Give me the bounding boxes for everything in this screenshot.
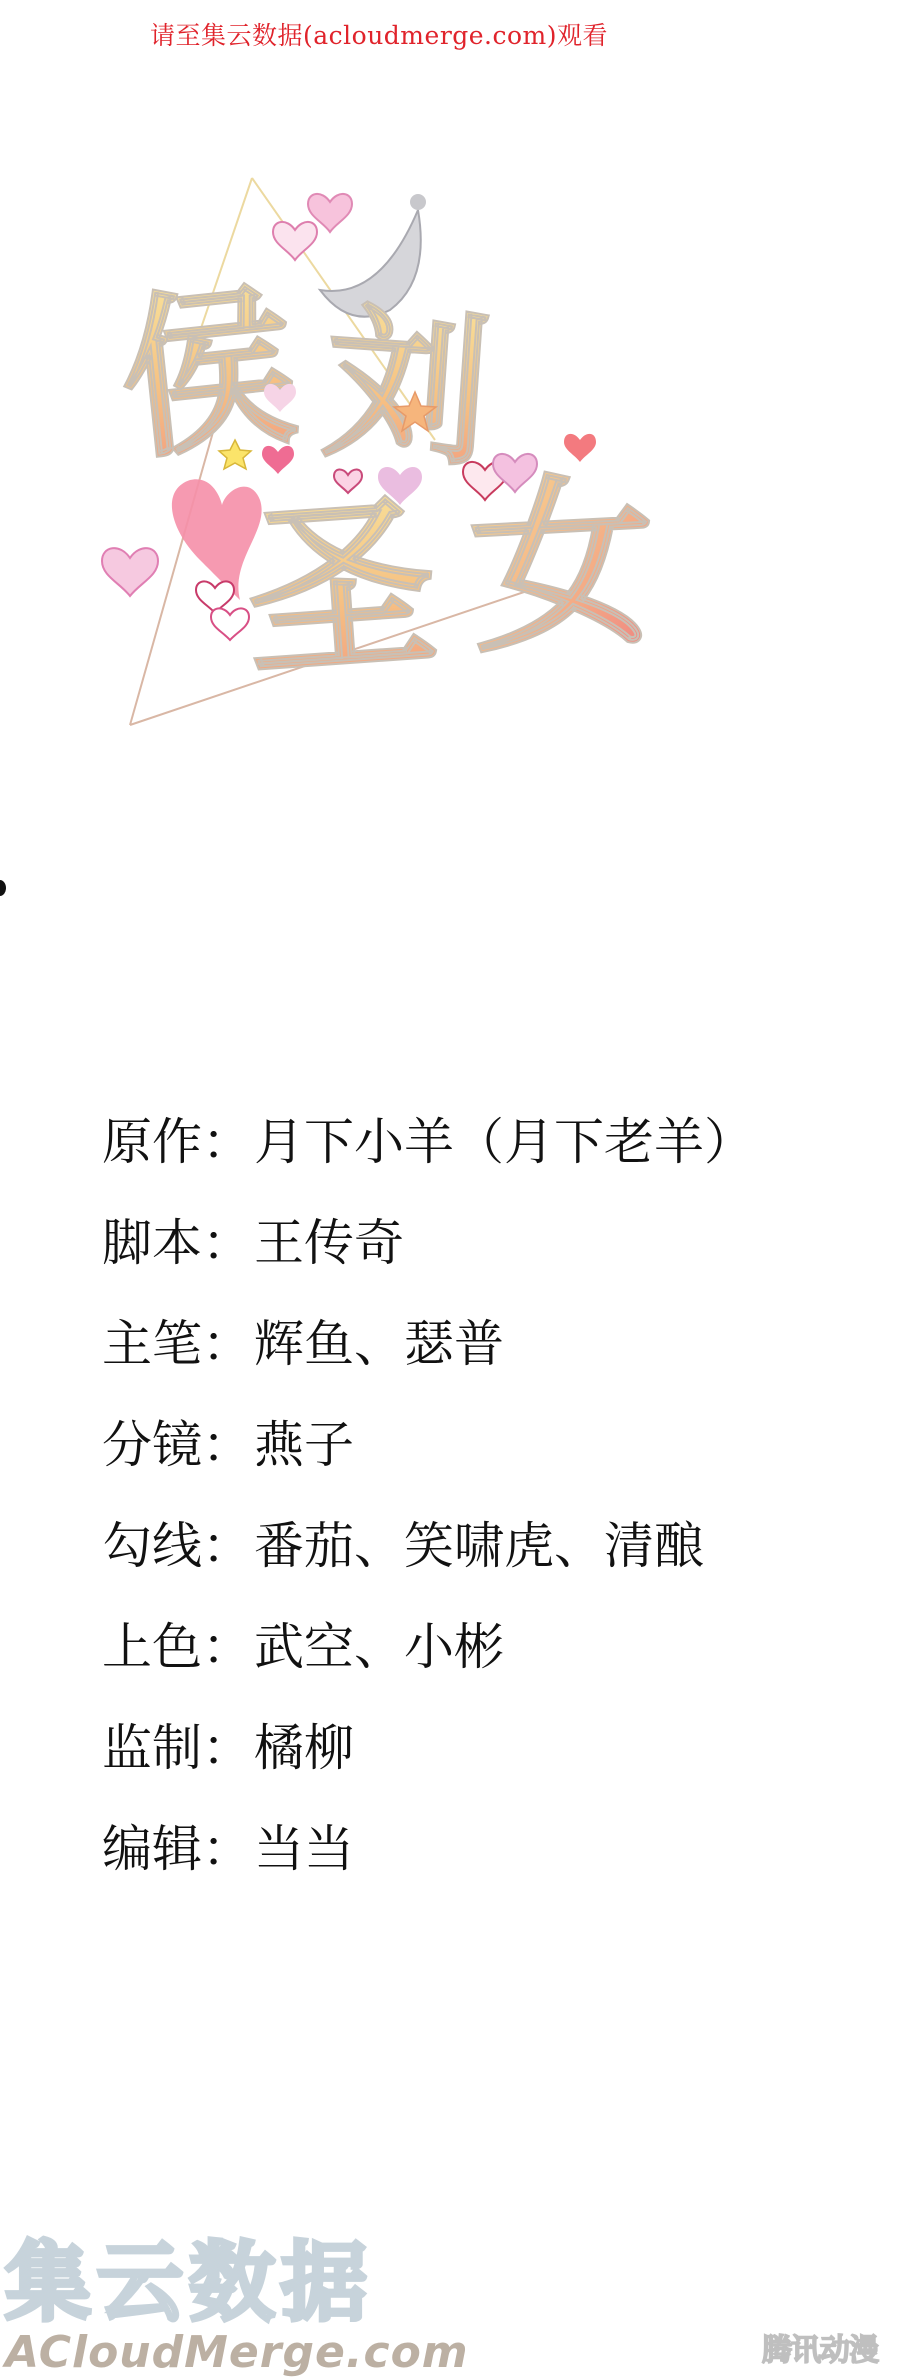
credit-separator: ： bbox=[202, 1516, 254, 1576]
credit-label: 原作 bbox=[102, 1112, 202, 1172]
credit-label: 编辑 bbox=[102, 1819, 202, 1879]
credit-value: 月下小羊（月下老羊） bbox=[254, 1112, 754, 1172]
publisher-watermark: 腾讯动漫 bbox=[756, 2325, 884, 2369]
credit-row-lineart: 勾线：番茄、笑啸虎、清酿 bbox=[102, 1516, 754, 1617]
acloudmerge-watermark-logo: 集云数据 ACloudMerge.com bbox=[5, 2238, 469, 2376]
credit-value: 王传奇 bbox=[254, 1213, 404, 1273]
credit-separator: ： bbox=[202, 1314, 254, 1374]
title-logo-art: 侯 刘 圣 女 bbox=[100, 150, 780, 750]
credit-value: 橘柳 bbox=[254, 1718, 354, 1778]
top-watermark-text: 请至集云数据(acloudmerge.com)观看 bbox=[150, 16, 608, 52]
credit-separator: ： bbox=[202, 1819, 254, 1879]
credit-value: 辉鱼、瑟普 bbox=[254, 1314, 504, 1374]
credit-label: 上色 bbox=[102, 1617, 202, 1677]
edge-dot-mark bbox=[0, 880, 6, 896]
credit-row-original: 原作：月下小羊（月下老羊） bbox=[102, 1112, 754, 1213]
watermark-en-text: ACloudMerge.com bbox=[5, 2330, 469, 2376]
credit-label: 监制 bbox=[102, 1718, 202, 1778]
credit-value: 当当 bbox=[254, 1819, 354, 1879]
title-logo-svg: 侯 刘 圣 女 bbox=[100, 150, 780, 750]
credit-separator: ： bbox=[202, 1617, 254, 1677]
credit-row-coloring: 上色：武空、小彬 bbox=[102, 1617, 754, 1718]
credit-value: 武空、小彬 bbox=[254, 1617, 504, 1677]
credit-row-supervisor: 监制：橘柳 bbox=[102, 1718, 754, 1819]
watermark-cn-text: 集云数据 bbox=[5, 2238, 469, 2328]
credit-value: 番茄、笑啸虎、清酿 bbox=[254, 1516, 704, 1576]
credit-row-script: 脚本：王传奇 bbox=[102, 1213, 754, 1314]
credit-value: 燕子 bbox=[254, 1415, 354, 1475]
title-char-3: 圣 bbox=[239, 473, 444, 707]
credit-row-editor: 编辑：当当 bbox=[102, 1819, 754, 1920]
credit-label: 分镜 bbox=[102, 1415, 202, 1475]
title-char-2: 刘 bbox=[318, 287, 496, 490]
credit-label: 勾线 bbox=[102, 1516, 202, 1576]
credit-row-lead-artist: 主笔：辉鱼、瑟普 bbox=[102, 1314, 754, 1415]
credit-separator: ： bbox=[202, 1213, 254, 1273]
credit-separator: ： bbox=[202, 1112, 254, 1172]
credit-label: 脚本 bbox=[102, 1213, 202, 1273]
credit-label: 主笔 bbox=[102, 1314, 202, 1374]
credits-list: 原作：月下小羊（月下老羊） 脚本：王传奇 主笔：辉鱼、瑟普 分镜：燕子 勾线：番… bbox=[102, 1112, 754, 1920]
credit-row-storyboard: 分镜：燕子 bbox=[102, 1415, 754, 1516]
credit-separator: ： bbox=[202, 1415, 254, 1475]
credit-separator: ： bbox=[202, 1718, 254, 1778]
